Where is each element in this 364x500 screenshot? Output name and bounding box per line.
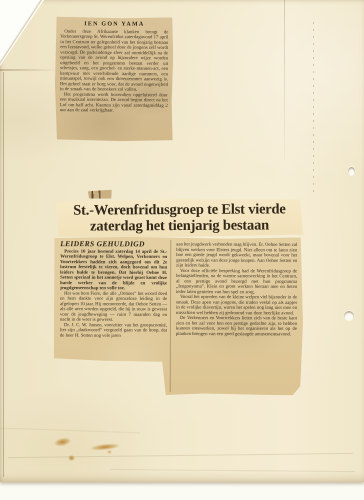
newsprint-paragraph: Precies 10 jaar bestond zaterdag 14 apri… [60,249,167,291]
main-right-column: aan het jeugdwerk verbonden mag blijven.… [170,240,300,392]
newsprint-paragraph: aan het jeugdwerk verbonden mag blijven.… [176,242,297,269]
right-column-text-block: aan het jeugdwerk verbonden mag blijven.… [176,242,297,337]
left-column-text-block: LEIDERS GEHULDIGD Precies 10 jaar beston… [60,242,167,339]
page-hole [348,167,355,176]
main-left-column: LEIDERS GEHULDIGD Precies 10 jaar beston… [57,240,170,362]
clipping-ien-gon-yama: IEN GON YAMA Onder deze Afrikaanse klank… [55,17,174,142]
newsprint-paragraph: Onder deze Afrikaanse klanken brengt de … [60,29,168,93]
newsprint-paragraph: Dr. J. C. W. Jansen, voorzitter van het … [60,322,167,338]
scrapbook-scan: IEN GON YAMA Onder deze Afrikaanse klank… [0,0,364,500]
newsprint-paragraph: De Verkenners en Voortrekkers lieten zic… [176,315,297,336]
clipping-top-text-block: IEN GON YAMA Onder deze Afrikaanse klank… [60,21,169,114]
clipping-top-headline: IEN GON YAMA [60,21,168,27]
main-headline-line2: zaterdag het tienjarig bestaan [56,217,303,235]
main-headline-line1: St.-Werenfridusgroep te Elst vierde [56,201,303,219]
newsprint-paragraph: Vooral het optreden van de kleine welpen… [176,294,297,315]
newsprint-paragraph: Voor deze officiële bespreking had de We… [176,268,297,295]
main-subhead: LEIDERS GEHULDIGD [60,242,167,248]
rust-stain [68,455,75,461]
main-clipping-headline-strip: St.-Werenfridusgroep te Elst vierde zate… [56,198,303,238]
newsprint-paragraph: Het was hem Fiere, die alle „Oehoes” het… [60,291,167,323]
page-left-edge [3,72,4,477]
rust-stain [107,450,112,454]
newsprint-paragraph: Het programma wordt bovendien opgeluiste… [60,92,168,114]
page-hole [344,311,354,321]
